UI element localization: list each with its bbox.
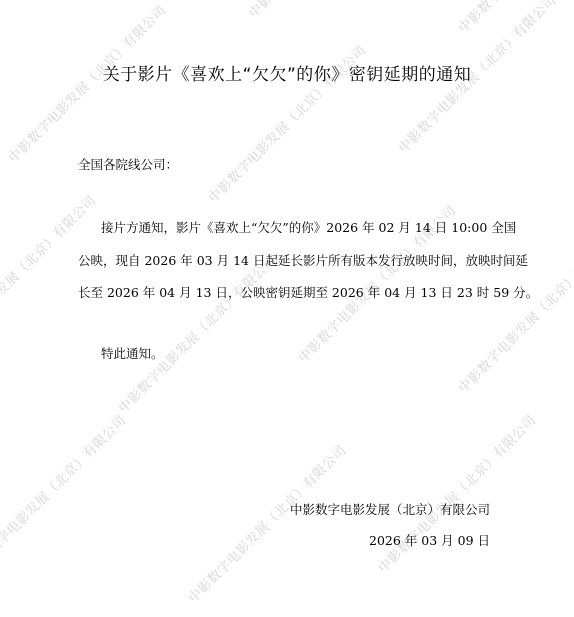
signature-organization: 中影数字电影发展（北京）有限公司 xyxy=(290,500,490,518)
document-page: 关于影片《喜欢上“欠欠”的你》密钥延期的通知 全国各院线公司： 接片方通知，影片… xyxy=(0,0,574,617)
body-line-2: 公映，现自 2026 年 03 月 14 日起延长影片所有版本发行放映时间，放映… xyxy=(78,251,496,269)
body-line-3: 长至 2026 年 04 月 13 日，公映密钥延期至 2026 年 04 月 … xyxy=(78,283,496,301)
salutation: 全国各院线公司： xyxy=(78,155,178,173)
closing-remark: 特此通知。 xyxy=(101,344,164,362)
document-title: 关于影片《喜欢上“欠欠”的你》密钥延期的通知 xyxy=(0,60,574,85)
body-line-1: 接片方通知，影片《喜欢上“欠欠”的你》2026 年 02 月 14 日 10:0… xyxy=(101,218,519,236)
signature-date: 2026 年 03 月 09 日 xyxy=(369,531,490,549)
